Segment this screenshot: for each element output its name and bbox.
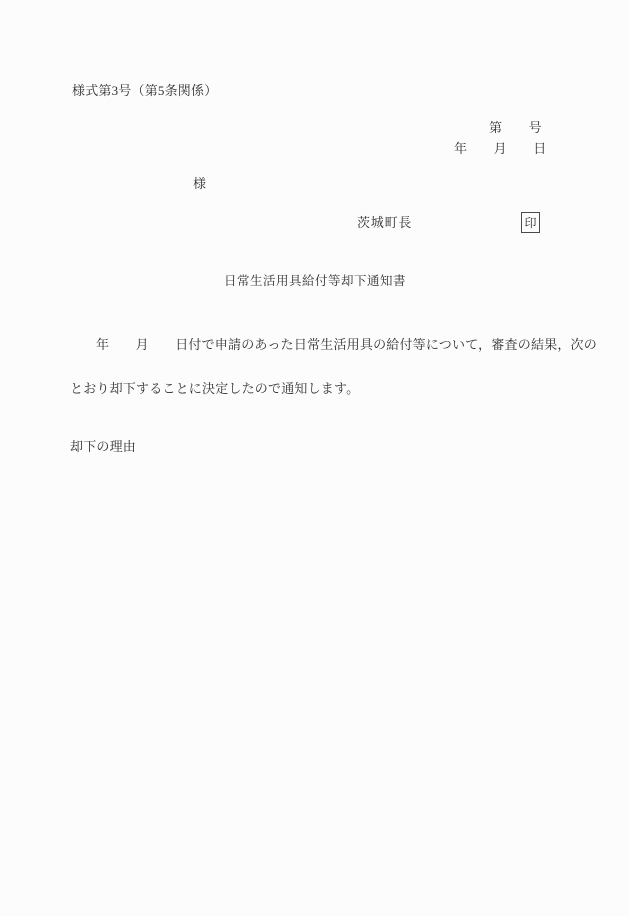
body-text-line-1: 年 月 日付で申請のあった日常生活用具の給付等について，審査の結果，次の: [96, 337, 597, 353]
document-title: 日常生活用具給付等却下通知書: [0, 274, 630, 290]
form-number: 様式第3号（第5条関係）: [72, 83, 217, 99]
date-line: 年 月 日: [454, 141, 546, 157]
document-page: 様式第3号（第5条関係） 第 号 年 月 日 様 茨城町長 印 日常生活用具給付…: [0, 0, 630, 916]
sender-title: 茨城町長: [357, 215, 412, 231]
addressee-suffix: 様: [193, 176, 206, 192]
body-text-line-2: とおり却下することに決定したので通知します。: [70, 381, 359, 397]
seal-label: 印: [524, 214, 536, 231]
rejection-reason-label: 却下の理由: [70, 439, 136, 455]
seal-placeholder-box: 印: [521, 212, 540, 233]
document-number-line: 第 号: [489, 120, 542, 136]
